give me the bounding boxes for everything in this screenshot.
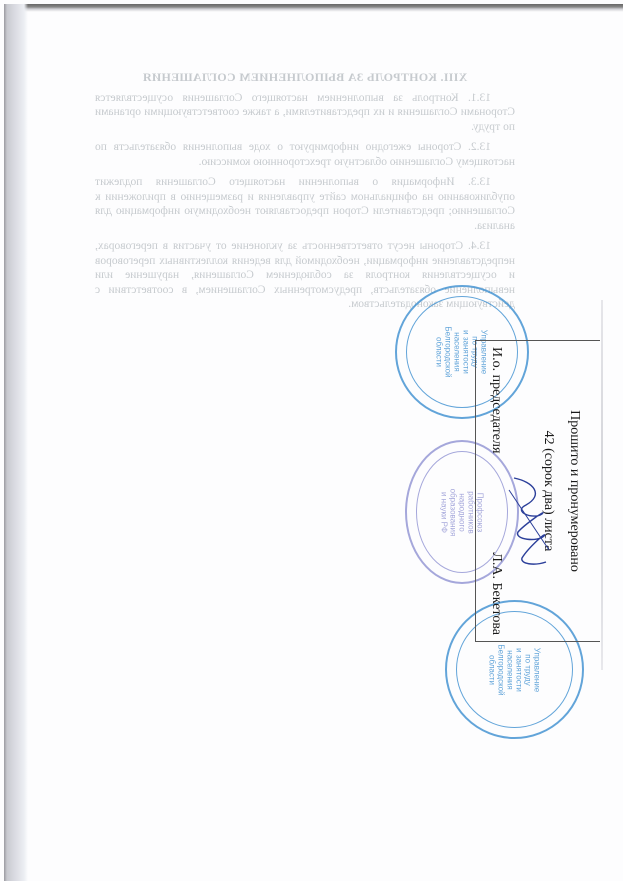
scanned-page: XIII. КОНТРОЛЬ ЗА ВЫПОЛНЕНИЕМ СОГЛАШЕНИЯ… xyxy=(0,0,623,881)
stamp-center-text: Управление по труду и занятости населени… xyxy=(487,644,541,695)
bleed-through-paragraph: 13.1. Контроль за выполнением настоящего… xyxy=(95,91,515,135)
signer-title: И.о. председателя xyxy=(488,347,504,453)
signature-icon xyxy=(504,470,554,570)
paper-crease xyxy=(601,300,603,670)
bleed-through-paragraph: 13.3. Информация о выполнении настоящего… xyxy=(95,175,515,233)
certification-line-1: Прошито и пронумеровано xyxy=(566,341,582,641)
bleed-through-paragraph: 13.2. Стороны ежегодно информируют о ход… xyxy=(95,140,515,169)
scan-edge-left xyxy=(4,4,28,881)
bleed-through-text: XIII. КОНТРОЛЬ ЗА ВЫПОЛНЕНИЕМ СОГЛАШЕНИЯ… xyxy=(95,70,515,318)
scan-edge-top xyxy=(4,4,623,12)
signer-name: Л.А. Бекетова xyxy=(488,552,504,635)
bleed-through-heading: XIII. КОНТРОЛЬ ЗА ВЫПОЛНЕНИЕМ СОГЛАШЕНИЯ xyxy=(95,70,515,85)
